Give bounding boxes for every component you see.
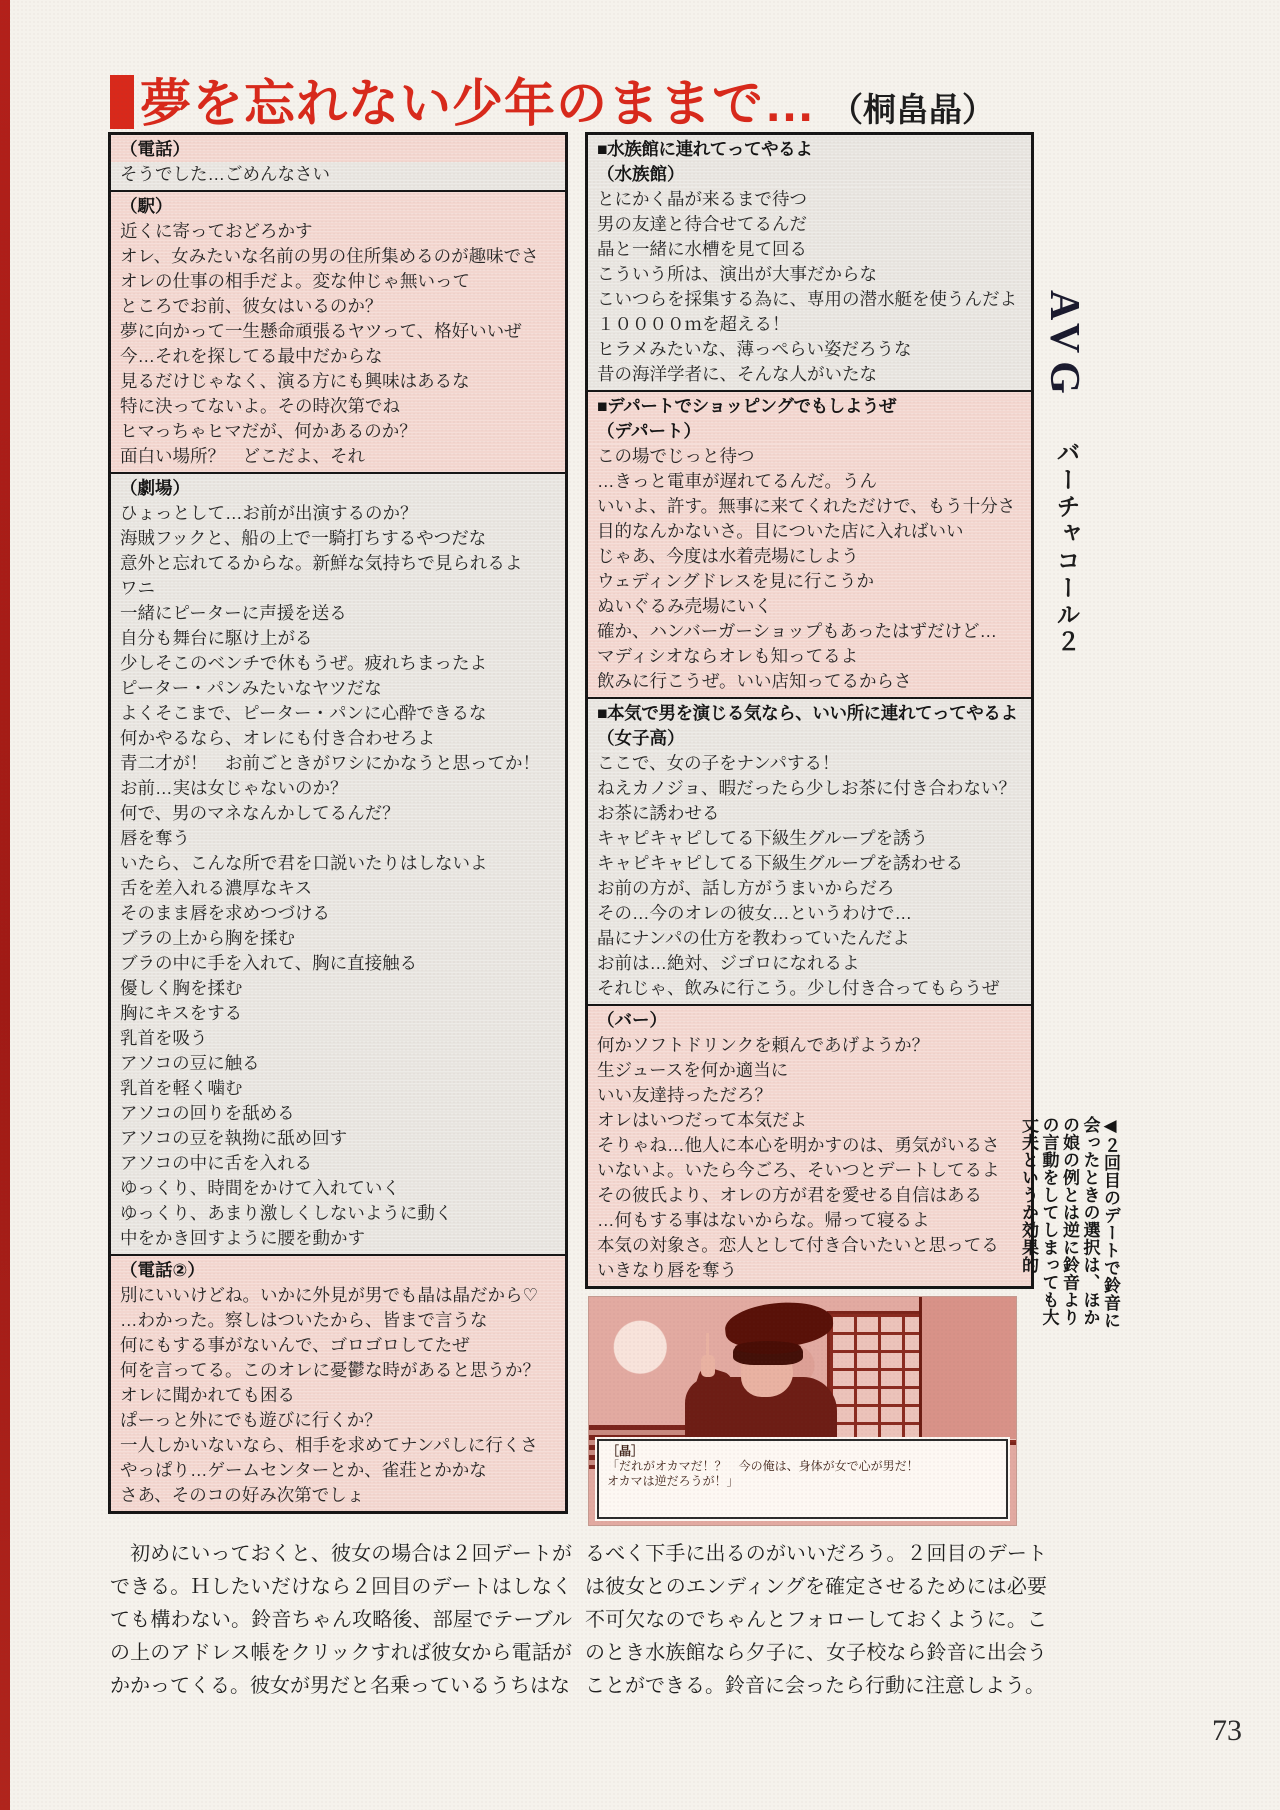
choice-line: いいよ、許す。無事に来てくれただけで、もう十分さ xyxy=(588,494,1031,519)
choice-line: いたら、こんな所で君を口説いたりはしないよ xyxy=(111,851,565,876)
dialog-text-line: オカマは逆だろうが！」 xyxy=(607,1474,998,1489)
choice-line: ぬいぐるみ売場にいく xyxy=(588,594,1031,619)
choice-line: ゆっくり、時間をかけて入れていく xyxy=(111,1176,565,1201)
character-hand-graphic xyxy=(701,1355,715,1377)
choice-line: ピーター・パンみたいなヤツだな xyxy=(111,676,565,701)
dialog-speaker: ［晶］ xyxy=(607,1444,998,1459)
choice-line: オレはいつだって本気だよ xyxy=(588,1108,1031,1133)
choice-line: オレに聞かれても困る xyxy=(111,1383,565,1408)
choice-section: （バー）何かソフトドリンクを頼んであげようか？生ジュースを何か適当にいい友達持っ… xyxy=(588,1006,1031,1286)
choice-line: アソコの豆を執拗に舐め回す xyxy=(111,1126,565,1151)
choice-line: その…今のオレの彼女…というわけで… xyxy=(588,901,1031,926)
article-title-block: 夢を忘れない少年のままで…（桐畠晶） xyxy=(110,62,1070,128)
title-author: （桐畠晶） xyxy=(830,91,995,128)
section-header: （女子高） xyxy=(588,726,1031,751)
footer-paragraph-right: るべく下手に出るのがいいだろう。２回目のデートは彼女とのエンディングを確定させる… xyxy=(585,1538,1047,1703)
choice-line: 晶にナンパの仕方を教わっていたんだよ xyxy=(588,926,1031,951)
choice-line: 何かソフトドリンクを頼んであげようか？ xyxy=(588,1033,1031,1058)
choice-line: 別にいいけどね。いかに外見が男でも晶は晶だから♡ xyxy=(111,1283,565,1308)
choice-line: 舌を差入れる濃厚なキス xyxy=(111,876,565,901)
choice-line: それじゃ、飲みに行こう。少し付き合ってもらうぜ xyxy=(588,976,1031,1001)
choice-line: …きっと電車が遅れてるんだ。うん xyxy=(588,469,1031,494)
choice-line: キャピキャピしてる下級生グループを誘う xyxy=(588,826,1031,851)
choice-line: 少しそこのベンチで休もうぜ。疲れちまったよ xyxy=(111,651,565,676)
choice-line: 特に決ってないよ。その時次第でね xyxy=(111,394,565,419)
choice-line: キャピキャピしてる下級生グループを誘わせる xyxy=(588,851,1031,876)
choice-line: お前の方が、話し方がうまいからだろ xyxy=(588,876,1031,901)
choice-line: こういう所は、演出が大事だからな xyxy=(588,262,1031,287)
choice-line: ウェディングドレスを見に行こうか xyxy=(588,569,1031,594)
choice-line: 昔の海洋学者に、そんな人がいたな xyxy=(588,362,1031,387)
section-header: （電話） xyxy=(111,137,565,162)
choice-section: （駅）近くに寄っておどろかすオレ、女みたいな名前の男の住所集めるのが趣味でさオレ… xyxy=(111,192,565,474)
right-choice-box: ■水族館に連れてってやるよ（水族館）とにかく晶が来るまで待つ男の友達と待合せてる… xyxy=(585,132,1034,1289)
choice-line: …何もする事はないからな。帰って寝るよ xyxy=(588,1208,1031,1233)
choice-line: ブラの上から胸を揉む xyxy=(111,926,565,951)
choice-line: 夢に向かって一生懸命頑張るヤツって、格好いいぜ xyxy=(111,319,565,344)
choice-line: ヒマっちゃヒマだが、何かあるのか？ xyxy=(111,419,565,444)
choice-line: いきなり唇を奪う xyxy=(588,1258,1031,1283)
magazine-page: 夢を忘れない少年のままで…（桐畠晶） （電話）そうでした…ごめんなさい（駅）近く… xyxy=(0,0,1280,1810)
choice-line: 飲みに行こうぜ。いい店知ってるからさ xyxy=(588,669,1031,694)
choice-line: ねえカノジョ、暇だったら少しお茶に付き合わない？ xyxy=(588,776,1031,801)
choice-line: この場でじっと待つ xyxy=(588,444,1031,469)
section-header: （駅） xyxy=(111,194,565,219)
choice-line: オレの仕事の相手だよ。変な仲じゃ無いって xyxy=(111,269,565,294)
choice-line: 意外と忘れてるからな。新鮮な気持ちで見られるよ xyxy=(111,551,565,576)
section-header: （劇場） xyxy=(111,476,565,501)
character-cap-brim-graphic xyxy=(735,1341,801,1354)
footer-paragraph-left: 初めにいっておくと、彼女の場合は２回デートができる。Ｈしたいだけなら２回目のデー… xyxy=(110,1538,572,1703)
choice-line: 唇を奪う xyxy=(111,826,565,851)
choice-line: 見るだけじゃなく、演る方にも興味はあるな xyxy=(111,369,565,394)
section-header: （電話②） xyxy=(111,1258,565,1283)
choice-line: 本気の対象さ。恋人として付き合いたいと思ってる xyxy=(588,1233,1031,1258)
choice-line: オレ、女みたいな名前の男の住所集めるのが趣味でさ xyxy=(111,244,565,269)
choice-line: ここで、女の子をナンパする！ xyxy=(588,751,1031,776)
choice-line: ヒラメみたいな、薄っぺらい姿だろうな xyxy=(588,337,1031,362)
choice-section: ■水族館に連れてってやるよ（水族館）とにかく晶が来るまで待つ男の友達と待合せてる… xyxy=(588,135,1031,392)
side-label-genre: AVG xyxy=(1040,290,1088,402)
choice-section: （電話②）別にいいけどね。いかに外見が男でも晶は晶だから♡…わかった。察しはつい… xyxy=(111,1256,565,1511)
choice-line: いないよ。いたら今ごろ、そいつとデートしてるよ xyxy=(588,1158,1031,1183)
page-title: 夢を忘れない少年のままで… xyxy=(140,75,816,132)
building-graphic xyxy=(919,1297,1017,1439)
choice-line: さあ、そのコの好み次第でしょ xyxy=(111,1483,565,1508)
choice-line: 近くに寄っておどろかす xyxy=(111,219,565,244)
dialog-text-line: 「だれがオカマだ！？ 今の俺は、身体が女で心が男だ！ xyxy=(607,1459,998,1474)
choice-line: …わかった。察しはついたから、皆まで言うな xyxy=(111,1308,565,1333)
choice-line: そうでした…ごめんなさい xyxy=(111,162,565,187)
choice-line: 乳首を軽く噛む xyxy=(111,1076,565,1101)
choice-line: 何で、男のマネなんかしてるんだ？ xyxy=(111,801,565,826)
choice-section: （電話）そうでした…ごめんなさい xyxy=(111,135,565,192)
choice-line: 何にもする事がないんで、ゴロゴロしてたぜ xyxy=(111,1333,565,1358)
choice-section: ■デパートでショッピングでもしようぜ（デパート）この場でじっと待つ…きっと電車が… xyxy=(588,392,1031,699)
choice-line: アソコの中に舌を入れる xyxy=(111,1151,565,1176)
red-block-icon xyxy=(110,75,134,129)
choice-line: アソコの豆に触る xyxy=(111,1051,565,1076)
choice-line: 何を言ってる。このオレに憂鬱な時があると思うか？ xyxy=(111,1358,565,1383)
choice-line: よくそこまで、ピーター・パンに心酔できるな xyxy=(111,701,565,726)
choice-line: 中をかき回すように腰を動かす xyxy=(111,1226,565,1251)
choice-line: いい友達持っただろ？ xyxy=(588,1083,1031,1108)
choice-line: その彼氏より、オレの方が君を愛せる自信はある xyxy=(588,1183,1031,1208)
choice-line: 自分も舞台に駆け上がる xyxy=(111,626,565,651)
choice-line: ワニ xyxy=(111,576,565,601)
choice-line: マディシオならオレも知ってるよ xyxy=(588,644,1031,669)
choice-line: そりゃね…他人に本心を明かすのは、勇気がいるさ xyxy=(588,1133,1031,1158)
choice-line: 優しく胸を揉む xyxy=(111,976,565,1001)
left-choice-box: （電話）そうでした…ごめんなさい（駅）近くに寄っておどろかすオレ、女みたいな名前… xyxy=(108,132,568,1514)
choice-line: やっぱり…ゲームセンターとか、雀荘とかかな xyxy=(111,1458,565,1483)
choice-line: １００００ｍを超える！ xyxy=(588,312,1031,337)
choice-line: 男の友達と待合せてるんだ xyxy=(588,212,1031,237)
page-edge-red-strip xyxy=(0,0,10,1810)
choice-line: 胸にキスをする xyxy=(111,1001,565,1026)
section-header: （水族館） xyxy=(588,162,1031,187)
choice-section: （劇場）ひょっとして…お前が出演するのか？海賊フックと、船の上で一騎打ちするやつ… xyxy=(111,474,565,1256)
section-title: ■水族館に連れてってやるよ xyxy=(588,137,1031,162)
choice-line: 確か、ハンバーガーショップもあったはずだけど… xyxy=(588,619,1031,644)
section-header: （デパート） xyxy=(588,419,1031,444)
choice-line: 乳首を吸う xyxy=(111,1026,565,1051)
choice-section: ■本気で男を演じる気なら、いい所に連れてってやるよ（女子高）ここで、女の子をナン… xyxy=(588,699,1031,1006)
screenshot-caption: ◀２回目のデートで鈴音に会ったときの選択は、ほかの娘の例とは逆に鈴音よりの言動を… xyxy=(1014,1116,1120,1340)
choice-line: 一緒にピーターに声援を送る xyxy=(111,601,565,626)
choice-line: 今…それを探してる最中だからな xyxy=(111,344,565,369)
page-number: 73 xyxy=(1212,1714,1242,1748)
dialog-box: ［晶］ 「だれがオカマだ！？ 今の俺は、身体が女で心が男だ！ オカマは逆だろうが… xyxy=(597,1439,1008,1519)
choice-line: 生ジュースを何か適当に xyxy=(588,1058,1031,1083)
choice-line: 何かやるなら、オレにも付き合わせろよ xyxy=(111,726,565,751)
choice-line: 面白い場所？ どこだよ、それ xyxy=(111,444,565,469)
game-screenshot: ［晶］ 「だれがオカマだ！？ 今の俺は、身体が女で心が男だ！ オカマは逆だろうが… xyxy=(588,1296,1017,1526)
choice-line: 青二才が！ お前ごときがワシにかなうと思ってか！ xyxy=(111,751,565,776)
section-title: ■デパートでショッピングでもしようぜ xyxy=(588,394,1031,419)
choice-line: アソコの回りを舐める xyxy=(111,1101,565,1126)
choice-line: ところでお前、彼女はいるのか？ xyxy=(111,294,565,319)
choice-line: ブラの中に手を入れて、胸に直接触る xyxy=(111,951,565,976)
choice-line: こいつらを採集する為に、専用の潜水艇を使うんだよ xyxy=(588,287,1031,312)
choice-line: ぱーっと外にでも遊びに行くか？ xyxy=(111,1408,565,1433)
choice-line: とにかく晶が来るまで待つ xyxy=(588,187,1031,212)
choice-line: お茶に誘わせる xyxy=(588,801,1031,826)
choice-line: お前…実は女じゃないのか？ xyxy=(111,776,565,801)
choice-line: お前は…絶対、ジゴロになれるよ xyxy=(588,951,1031,976)
section-title: ■本気で男を演じる気なら、いい所に連れてってやるよ xyxy=(588,701,1031,726)
choice-line: 海賊フックと、船の上で一騎打ちするやつだな xyxy=(111,526,565,551)
section-header: （バー） xyxy=(588,1008,1031,1033)
choice-line: 晶と一緒に水槽を見て回る xyxy=(588,237,1031,262)
choice-line: 目的なんかないさ。目についた店に入ればいい xyxy=(588,519,1031,544)
side-label-series: バーチャコール２ xyxy=(1048,440,1083,656)
choice-line: ゆっくり、あまり激しくしないように動く xyxy=(111,1201,565,1226)
choice-line: じゃあ、今度は水着売場にしよう xyxy=(588,544,1031,569)
choice-line: ひょっとして…お前が出演するのか？ xyxy=(111,501,565,526)
choice-line: そのまま唇を求めつづける xyxy=(111,901,565,926)
choice-line: 一人しかいないなら、相手を求めてナンパしに行くさ xyxy=(111,1433,565,1458)
